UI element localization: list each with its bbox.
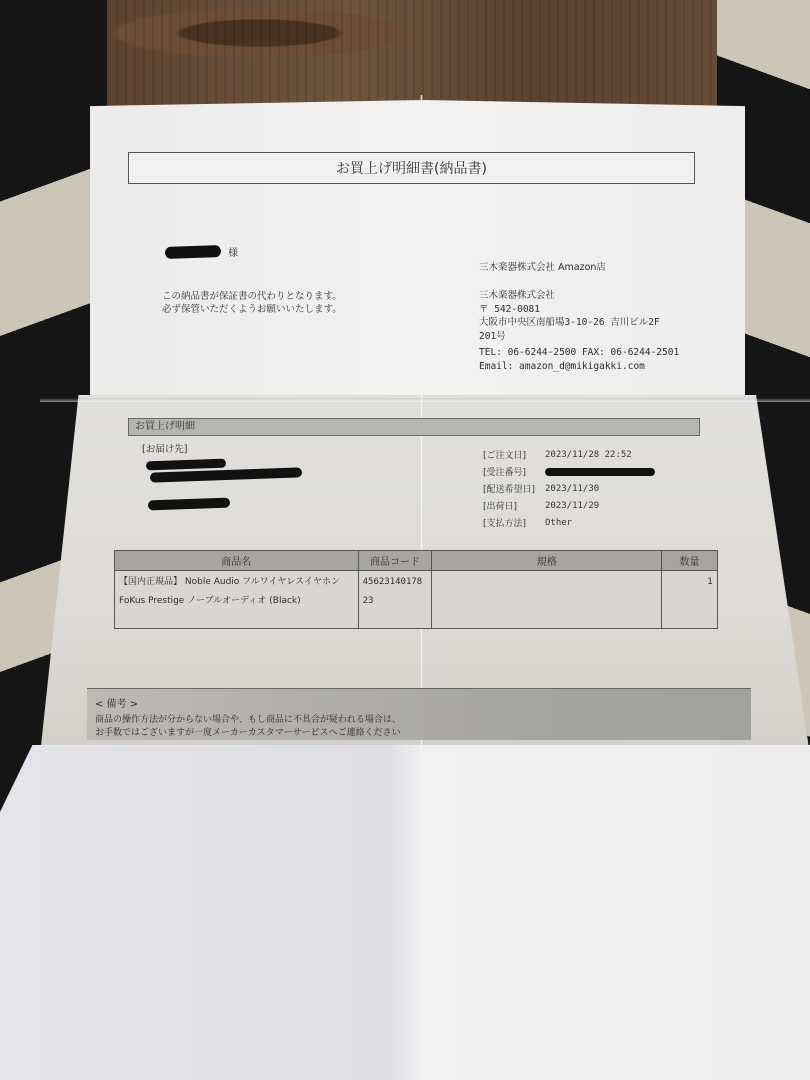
warranty-note: この納品書が保証書の代わりとなります。 必ず保管いただくようお願いいたします。 [162, 290, 342, 316]
ship-date-row: [出荷日] 2023/11/29 [483, 497, 655, 514]
payment-method-row: [支払方法] Other [483, 514, 655, 531]
warranty-note-line-1: この納品書が保証書の代わりとなります。 [162, 290, 342, 303]
redacted-order-number [545, 468, 655, 476]
remarks-line-2: お手数ではございますが一度メーカーカスタマーサービスへご連絡ください [95, 727, 743, 740]
order-date-label: [ご注文日] [483, 448, 545, 461]
item-quantity: 1 [662, 571, 718, 629]
ship-to-label: [お届け先] [142, 441, 187, 455]
remarks-title: < 備考 > [95, 695, 743, 710]
order-date-value: 2023/11/28 22:52 [545, 450, 632, 460]
seller-email: Email: amazon_d@mikigakki.com [479, 360, 679, 374]
ship-date-value: 2023/11/29 [545, 501, 599, 511]
order-number-row: [受注番号] [483, 463, 655, 480]
header-product-name: 商品名 [115, 551, 359, 571]
order-date-row: [ご注文日] 2023/11/28 22:52 [483, 446, 655, 463]
wooden-table [107, 0, 717, 110]
redacted-recipient-name [165, 245, 221, 259]
seller-address-block: 三木楽器株式会社 〒 542-0081 大阪市中央区南船場3-10-26 吉川ビ… [479, 289, 679, 373]
requested-delivery-label: [配送希望日] [483, 482, 545, 495]
seller-phone-fax: TEL: 06-6244-2500 FAX: 06-6244-2501 [479, 346, 679, 360]
document-title-text: お買上げ明細書(納品書) [336, 158, 487, 178]
header-product-code: 商品コード [358, 551, 432, 571]
remarks-section: < 備考 > 商品の操作方法が分からない場合や、もし商品に不具合が疑われる場合は… [87, 688, 751, 740]
remarks-line-1: 商品の操作方法が分からない場合や、もし商品に不具合が疑われる場合は、 [95, 714, 743, 727]
warranty-note-line-2: 必ず保管いただくようお願いいたします。 [162, 303, 342, 316]
document-title: お買上げ明細書(納品書) [128, 152, 695, 184]
seller-company: 三木楽器株式会社 [479, 289, 679, 303]
seller-postal-code: 〒 542-0081 [479, 303, 679, 317]
item-code: 4562314017823 [358, 571, 432, 629]
order-info: [ご注文日] 2023/11/28 22:52 [受注番号] [配送希望日] 2… [483, 446, 655, 531]
paper-lower-panel [0, 745, 810, 1080]
item-spec [432, 571, 662, 629]
seller-address-line-2: 201号 [479, 330, 679, 344]
seller-store-name: 三木楽器株式会社 Amazon店 [479, 259, 606, 273]
recipient-suffix: 様 [228, 244, 238, 259]
order-number-label: [受注番号] [483, 465, 545, 478]
ship-date-label: [出荷日] [483, 499, 545, 512]
details-section-title: お買上げ明細 [135, 421, 195, 432]
items-table-header: 商品名 商品コード 規格 数量 [115, 551, 718, 571]
item-name: 【国内正規品】 Noble Audio フルワイヤレスイヤホン FoKus Pr… [115, 571, 359, 629]
payment-method-value: Other [545, 518, 572, 528]
details-section-header: お買上げ明細 [128, 418, 700, 436]
table-row: 【国内正規品】 Noble Audio フルワイヤレスイヤホン FoKus Pr… [115, 571, 718, 629]
header-quantity: 数量 [662, 551, 718, 571]
items-table: 商品名 商品コード 規格 数量 【国内正規品】 Noble Audio フルワイ… [114, 550, 718, 629]
payment-method-label: [支払方法] [483, 516, 545, 529]
requested-delivery-row: [配送希望日] 2023/11/30 [483, 480, 655, 497]
seller-address-line-1: 大阪市中央区南船場3-10-26 吉川ビル2F [479, 316, 679, 330]
header-spec: 規格 [432, 551, 662, 571]
requested-delivery-value: 2023/11/30 [545, 484, 599, 494]
